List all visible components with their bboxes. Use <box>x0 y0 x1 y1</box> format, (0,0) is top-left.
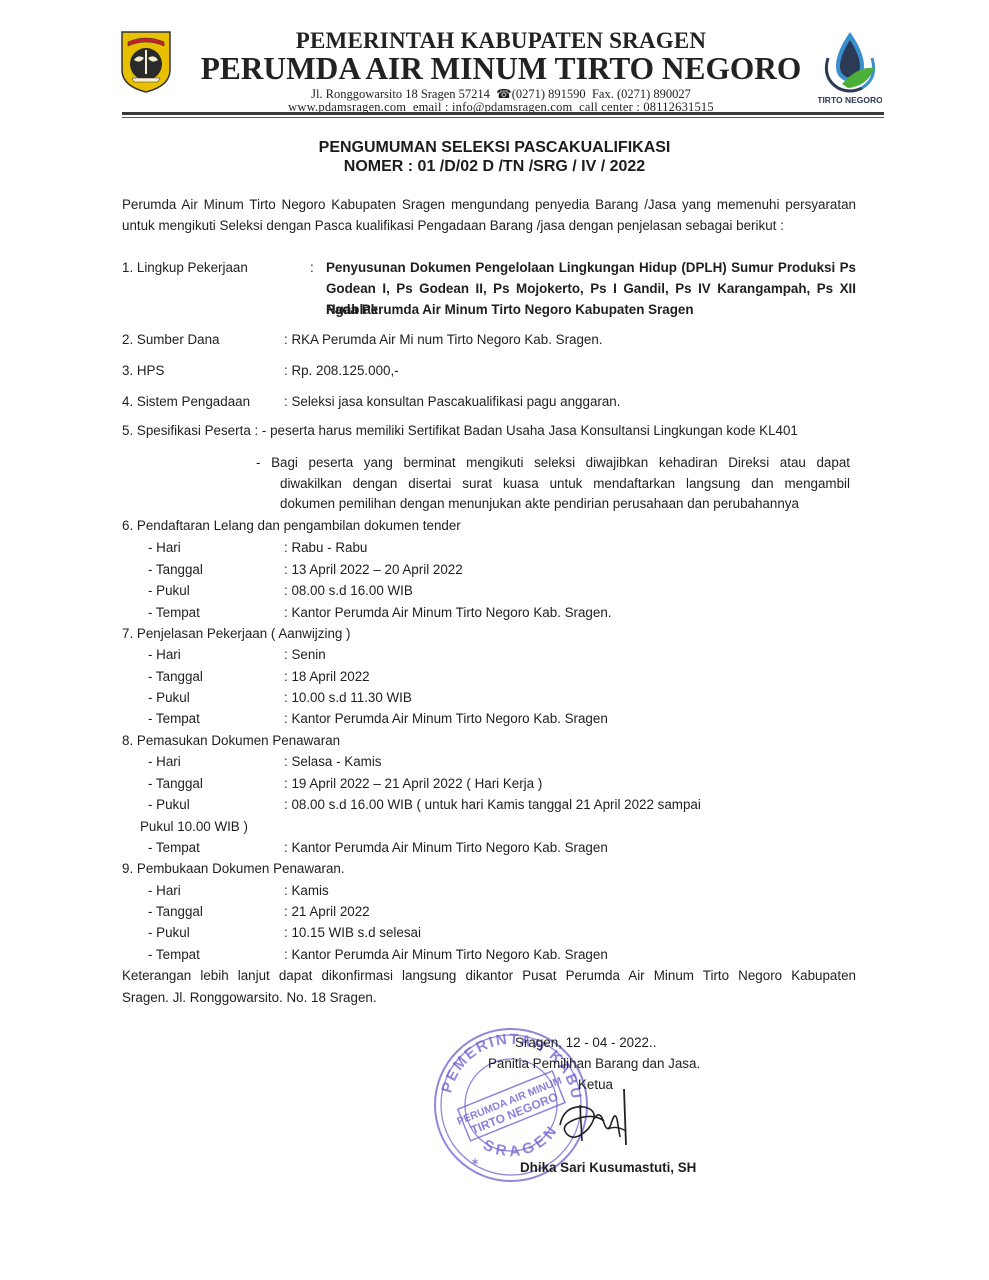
schedule-row-value: : Kantor Perumda Air Minum Tirto Negoro … <box>284 603 611 624</box>
announcement-title: PENGUMUMAN SELEKSI PASCAKUALIFIKASI <box>0 139 989 157</box>
signatory-name: Dhika Sari Kusumastuti, SH <box>520 1158 696 1179</box>
schedule-row-label: - Hari <box>148 538 181 559</box>
schedule-heading: 8. Pemasukan Dokumen Penawaran <box>122 731 340 752</box>
item-value: : RKA Perumda Air Mi num Tirto Negoro Ka… <box>284 330 603 351</box>
address: Jl. Ronggowarsito 18 Sragen 57214 <box>311 87 490 101</box>
intro-paragraph: Perumda Air Minum Tirto Negoro Kabupaten… <box>122 195 856 237</box>
handwritten-signature-icon <box>554 1085 634 1155</box>
phone: (0271) 891590 <box>512 87 586 101</box>
schedule-row-label: - Pukul <box>148 581 190 602</box>
schedule-row-label: - Pukul <box>148 923 190 944</box>
schedule-heading: 6. Pendaftaran Lelang dan pengambilan do… <box>122 516 461 537</box>
intro-line: Perumda Air Minum Tirto Negoro Kabupaten… <box>122 195 856 216</box>
company-name: PERUMDA AIR MINUM TIRTO NEGORO <box>126 50 877 87</box>
closing-line: Keterangan lebih lanjut dapat dikonfirma… <box>122 966 856 987</box>
schedule-row-value: : Kantor Perumda Air Minum Tirto Negoro … <box>284 945 608 966</box>
announcement-number: NOMER : 01 /D/02 D /TN /SRG / IV / 2022 <box>0 158 989 176</box>
item-value: : Seleksi jasa konsultan Pascakualifikas… <box>284 392 620 413</box>
schedule-row-value: : 10.15 WIB s.d selesai <box>284 923 421 944</box>
schedule-row-label: - Tempat <box>148 838 200 859</box>
item-label: 1. Lingkup Pekerjaan <box>122 258 248 279</box>
schedule-row-label: - Tempat <box>148 603 200 624</box>
schedule-row-value: : 18 April 2022 <box>284 667 370 688</box>
item-label: 2. Sumber Dana <box>122 330 220 351</box>
phone-icon: ☎ <box>496 87 512 101</box>
schedule-row-label: - Tanggal <box>148 560 203 581</box>
letterhead-divider-thin <box>122 117 884 118</box>
scope-line: Penyusunan Dokumen Pengelolaan Lingkunga… <box>326 258 856 279</box>
item-value: : Rp. 208.125.000,- <box>284 361 399 382</box>
scope-line: Pada Perumda Air Minum Tirto Negoro Kabu… <box>326 300 694 321</box>
committee-name: Panitia Pemilihan Barang dan Jasa. <box>488 1054 700 1075</box>
schedule-row-value: : Rabu - Rabu <box>284 538 367 559</box>
schedule-row-label: - Tanggal <box>148 774 203 795</box>
tirto-negoro-logo-icon: TIRTO NEGORO <box>818 30 882 108</box>
schedule-row-value: : 10.00 s.d 11.30 WIB <box>284 688 412 709</box>
schedule-row-value: : Kantor Perumda Air Minum Tirto Negoro … <box>284 838 608 859</box>
schedule-row-continuation: Pukul 10.00 WIB ) <box>140 817 248 838</box>
schedule-row-value: : 19 April 2022 – 21 April 2022 ( Hari K… <box>284 774 542 795</box>
item-colon: : <box>310 258 314 279</box>
closing-line: Sragen. Jl. Ronggowarsito. No. 18 Sragen… <box>122 988 377 1009</box>
letterhead-divider <box>122 112 884 115</box>
schedule-row-value: : 08.00 s.d 16.00 WIB ( untuk hari Kamis… <box>284 795 701 816</box>
schedule-row-value: : 13 April 2022 – 20 April 2022 <box>284 560 463 581</box>
participant-note-line: dokumen pemilihan dengan menunjukan akte… <box>280 494 799 515</box>
schedule-row-label: - Tempat <box>148 709 200 730</box>
schedule-row-value: : 08.00 s.d 16.00 WIB <box>284 581 413 602</box>
schedule-row-value: : Selasa - Kamis <box>284 752 382 773</box>
schedule-row-label: - Tanggal <box>148 902 203 923</box>
schedule-row-label: - Pukul <box>148 688 190 709</box>
schedule-row-label: - Hari <box>148 881 181 902</box>
schedule-row-value: : Kantor Perumda Air Minum Tirto Negoro … <box>284 709 608 730</box>
schedule-row-value: : 21 April 2022 <box>284 902 370 923</box>
participant-note-line: - Bagi peserta yang berminat mengikuti s… <box>256 453 850 474</box>
schedule-row-label: - Tempat <box>148 945 200 966</box>
schedule-heading: 7. Penjelasan Pekerjaan ( Aanwijzing ) <box>122 624 351 645</box>
schedule-row-label: - Pukul <box>148 795 190 816</box>
svg-text:TIRTO NEGORO: TIRTO NEGORO <box>818 95 882 105</box>
item-label: 3. HPS <box>122 361 164 382</box>
schedule-row-value: : Senin <box>284 645 326 666</box>
intro-line: untuk mengikuti Seleksi dengan Pasca kua… <box>122 216 856 237</box>
fax: Fax. (0271) 890027 <box>592 87 691 101</box>
schedule-row-label: - Hari <box>148 645 181 666</box>
participant-note-line: diwakilkan dengan disertai surat kuasa u… <box>280 474 850 495</box>
schedule-row-label: - Tanggal <box>148 667 203 688</box>
schedule-heading: 9. Pembukaan Dokumen Penawaran. <box>122 859 345 880</box>
svg-text:✶: ✶ <box>470 1155 480 1169</box>
item-label: 4. Sistem Pengadaan <box>122 392 250 413</box>
item-label: 5. Spesifikasi Peserta : - peserta harus… <box>122 421 798 442</box>
place-date: Sragen, 12 - 04 - 2022.. <box>515 1033 656 1054</box>
schedule-row-value: : Kamis <box>284 881 329 902</box>
schedule-row-label: - Hari <box>148 752 181 773</box>
